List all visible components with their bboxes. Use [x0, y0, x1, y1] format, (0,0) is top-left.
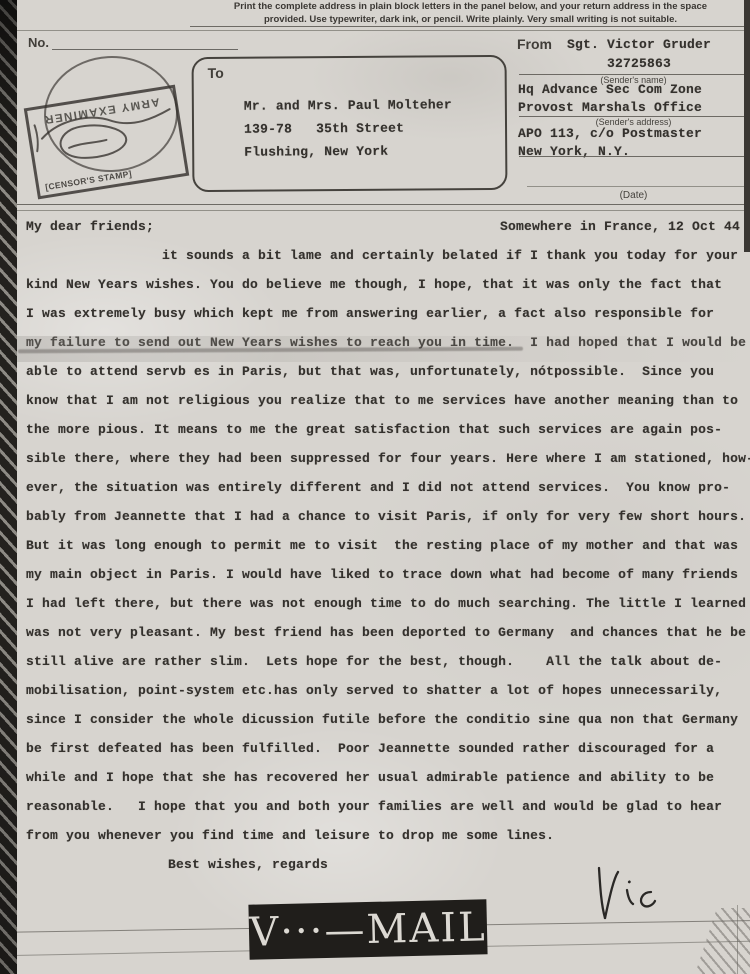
no-blank-line [52, 49, 238, 50]
sender-unit-line: Hq Advance Sec Com Zone [518, 81, 702, 99]
form-instructions: Print the complete address in plain bloc… [193, 1, 748, 26]
body-line: was not very pleasant. My best friend ha… [26, 625, 740, 654]
body-line: my main object in Paris. I would have li… [26, 567, 740, 596]
body-line: able to attend servb es in Paris, but th… [26, 364, 740, 393]
body-line: know that I am not religious you realize… [26, 393, 740, 422]
to-address-line: Mr. and Mrs. Paul Molteher [244, 93, 452, 117]
body-line: bably from Jeannette that I had a chance… [26, 509, 740, 538]
body-line: But it was long enough to permit me to v… [26, 538, 740, 567]
body-line: still alive are rather slim. Lets hope f… [26, 654, 740, 683]
from-divider-rule [519, 156, 748, 157]
body-line: ever, the situation was entirely differe… [26, 480, 740, 509]
body-line: reasonable. I hope that you and both you… [26, 799, 740, 828]
sender-serial-number: 32725863 [607, 56, 671, 71]
form-top-rule [14, 30, 748, 31]
salutation: My dear friends; [26, 219, 154, 248]
body-line: I had left there, but there was not enou… [26, 596, 740, 625]
body-line: the more pious. It means to me the great… [26, 422, 740, 451]
from-label: From [517, 36, 552, 52]
body-line: mobilisation, point-system etc.has only … [26, 683, 740, 712]
censor-stamp: ARMY EXAMINER [CENSOR'S STAMP] [22, 52, 202, 212]
film-edge-left [0, 0, 17, 974]
to-address-box: To Mr. and Mrs. Paul Molteher139-78 35th… [192, 55, 508, 192]
to-address: Mr. and Mrs. Paul Molteher139-78 35th St… [244, 93, 453, 163]
to-label: To [208, 65, 224, 81]
signature-strokes [583, 866, 698, 928]
salutation-row: My dear friends; Somewhere in France, 12… [26, 219, 740, 248]
to-address-line: Flushing, New York [244, 139, 452, 163]
letter-body: My dear friends; Somewhere in France, 12… [26, 219, 740, 886]
sender-unit-line: Provost Marshals Office [518, 99, 702, 117]
sender-name: Sgt. Victor Gruder [567, 37, 711, 52]
header-rule [190, 26, 748, 27]
body-line: I was extremely busy which kept me from … [26, 306, 740, 335]
body-line: since I consider the whole dicussion fut… [26, 712, 740, 741]
body-line: it sounds a bit lame and certainly belat… [26, 248, 740, 277]
vmail-logo: V···—MAIL [248, 899, 487, 959]
sender-address-line: APO 113, c/o Postmaster [518, 125, 702, 143]
body-line: be first defeated has been fulfilled. Po… [26, 741, 740, 770]
sender-unit: Hq Advance Sec Com ZoneProvost Marshals … [518, 81, 702, 117]
form-instructions-line2: provided. Use typewriter, dark ink, or p… [193, 14, 748, 27]
body-line: sible there, where they had been suppres… [26, 451, 740, 480]
body-line: kind New Years wishes. You do believe me… [26, 277, 740, 306]
body-paragraph: it sounds a bit lame and certainly belat… [26, 248, 740, 857]
film-edge-right [744, 0, 750, 252]
paper-fold-line [737, 905, 738, 974]
to-address-line: 139-78 35th Street [244, 116, 452, 140]
form-instructions-line1: Print the complete address in plain bloc… [193, 1, 748, 14]
vmail-logo-text: V···—MAIL [249, 907, 487, 952]
body-line: while and I hope that she has recovered … [26, 770, 740, 799]
date-rule [527, 186, 748, 187]
body-line: from you whenever you find time and leis… [26, 828, 740, 857]
dateline: Somewhere in France, 12 Oct 44 [500, 219, 740, 248]
no-label: No. [28, 35, 49, 50]
sender-address-line: New York, N.Y. [518, 143, 702, 161]
signature: Vic [583, 866, 698, 933]
date-label: (Date) [519, 190, 748, 201]
vmail-letter-scan: Print the complete address in plain bloc… [0, 0, 750, 974]
